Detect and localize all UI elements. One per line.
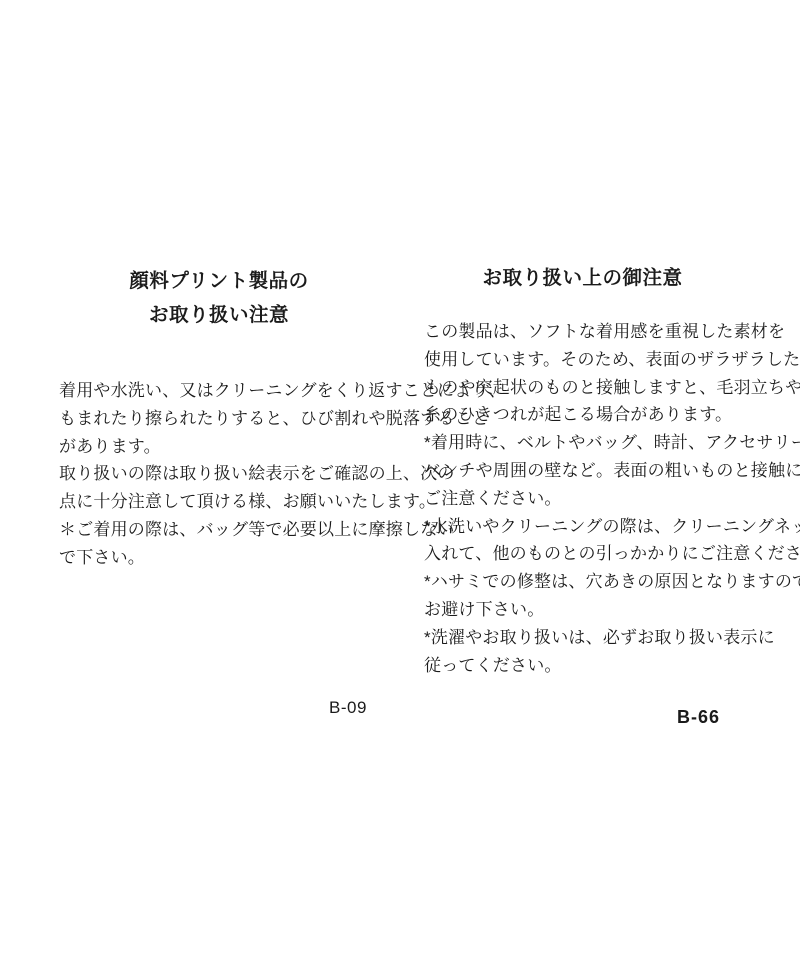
body-text-line: 着用や水洗い、又はクリーニングをくり返すことにより、: [59, 377, 399, 405]
body-text-line: で下さい。: [59, 544, 399, 572]
body-text-line: があります。: [59, 433, 399, 461]
body-text-line: この製品は、ソフトな着用感を重視した素材を: [424, 318, 776, 346]
body-text-line: ＊ご着用の際は、バッグ等で必要以上に摩擦しない: [59, 516, 399, 544]
body-text-line: 使用しています。そのため、表面のザラザラした: [424, 346, 776, 374]
body-text-line: ベンチや周囲の壁など。表面の粗いものと接触に: [424, 457, 776, 485]
body-text-line: ものや突起状のものと接触しますと、毛羽立ちや: [424, 374, 776, 402]
left-sheet-code: B-09: [329, 698, 367, 718]
body-text-line: *ハサミでの修整は、穴あきの原因となりますので: [424, 568, 776, 596]
body-text-line: 取り扱いの際は取り扱い絵表示をご確認の上、次の: [59, 460, 399, 488]
body-text-line: 入れて、他のものとの引っかかりにご注意ください。: [424, 540, 776, 568]
left-column-title: 顔料プリント製品の お取り扱い注意: [58, 264, 380, 332]
body-text-line: *洗濯やお取り扱いは、必ずお取り扱い表示に: [424, 624, 776, 652]
body-text-line: 従ってください。: [424, 652, 776, 680]
body-text-line: *水洗いやクリーニングの際は、クリーニングネットに: [424, 513, 776, 541]
right-column-title: お取り扱い上の御注意: [415, 266, 750, 290]
right-sheet-code: B-66: [677, 707, 720, 728]
body-text-line: もまれたり擦られたりすると、ひび割れや脱落すること: [59, 405, 399, 433]
left-title-line-1: 顔料プリント製品の: [58, 264, 380, 298]
left-title-line-2: お取り扱い注意: [58, 298, 380, 332]
body-text-line: 点に十分注意して頂ける様、お願いいたします。: [59, 488, 399, 516]
body-text-line: 糸のひきつれが起こる場合があります。: [424, 401, 776, 429]
body-text-line: *着用時に、ベルトやバッグ、時計、アクセサリー、: [424, 429, 776, 457]
body-text-line: ご注意ください。: [424, 485, 776, 513]
care-instruction-sheet: 顔料プリント製品の お取り扱い注意 着用や水洗い、又はクリーニングをくり返すこと…: [0, 0, 800, 960]
body-text-line: お避け下さい。: [424, 596, 776, 624]
right-column-body: この製品は、ソフトな着用感を重視した素材を 使用しています。そのため、表面のザラ…: [424, 318, 776, 679]
left-column-body: 着用や水洗い、又はクリーニングをくり返すことにより、 もまれたり擦られたりすると…: [59, 377, 399, 572]
